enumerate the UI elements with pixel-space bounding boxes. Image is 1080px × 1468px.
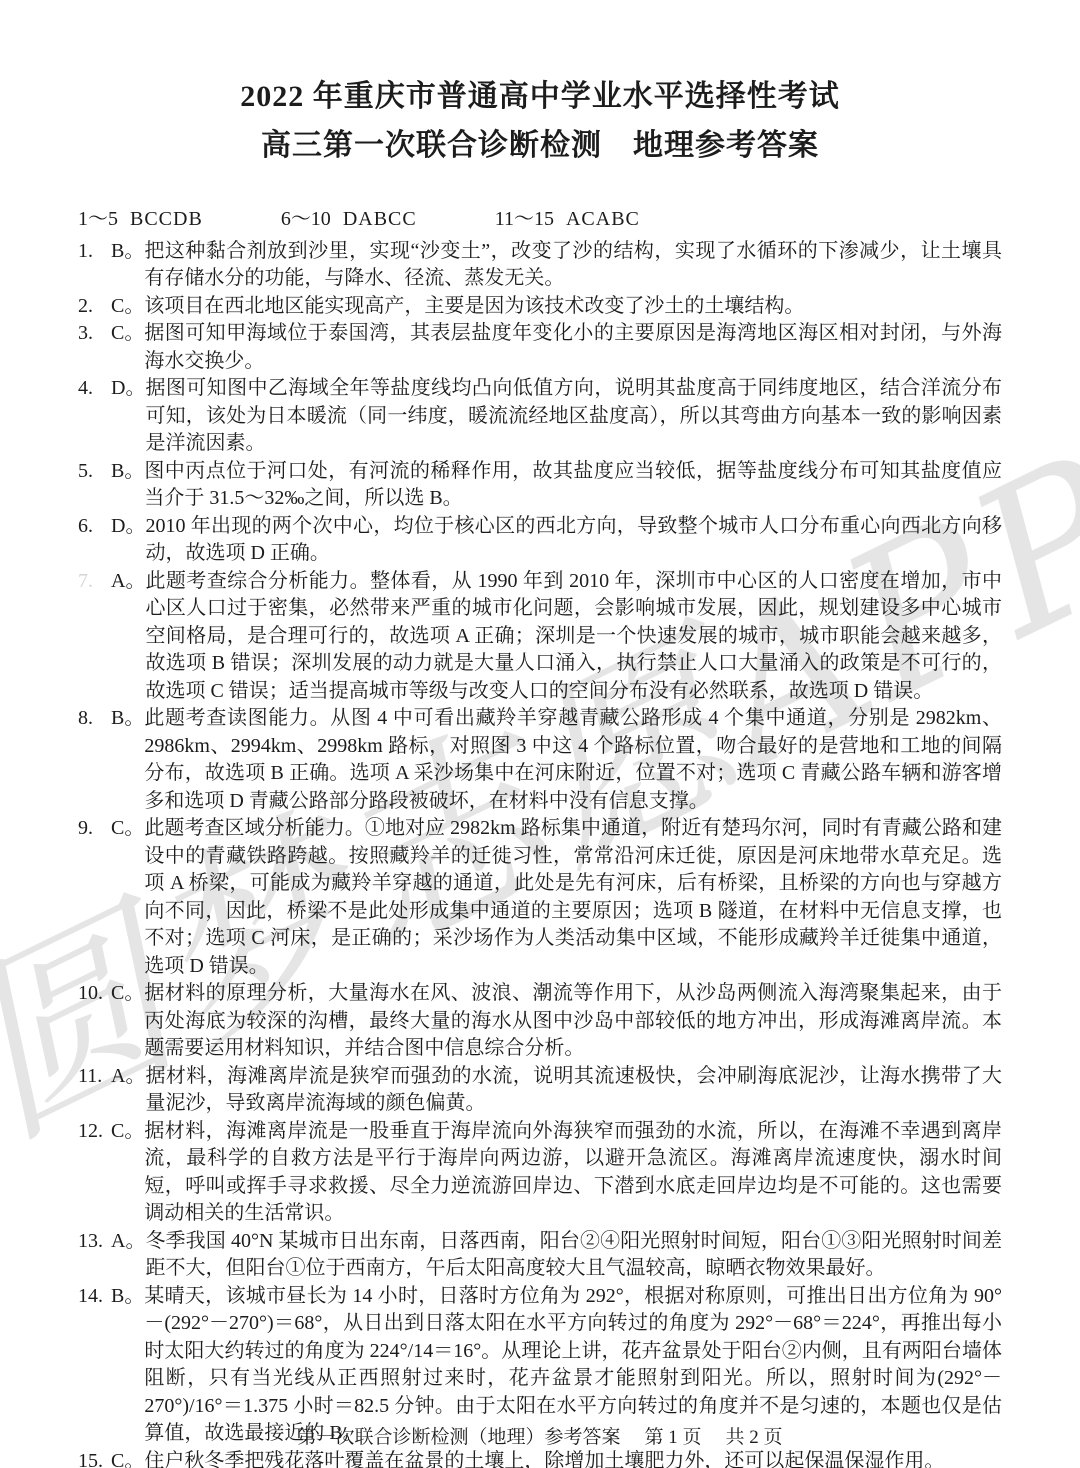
item-answer-letter: B。 bbox=[111, 1283, 144, 1311]
answer-item: 13. A。 冬季我国 40°N 某城市日出东南，日落西南，阳台②④阳光照射时间… bbox=[78, 1228, 1002, 1283]
footer-title: 第一次联合诊断检测（地理）参考答案 bbox=[297, 1427, 620, 1448]
item-number: 11. bbox=[78, 1063, 111, 1091]
item-number: 9. bbox=[78, 815, 111, 843]
answer-item: 5. B。 图中丙点位于河口处，有河流的稀释作用，故其盐度应当较低，据等盐度线分… bbox=[78, 458, 1002, 513]
answer-summary-group: 1～5BCCDB bbox=[78, 206, 203, 234]
answer-summary-group: 11～15ACABC bbox=[495, 206, 640, 234]
answer-item: 1. B。 把这种黏合剂放到沙里，实现“沙变土”，改变了沙的结构，实现了水循环的… bbox=[78, 238, 1002, 293]
item-explanation: 此题考查区域分析能力。①地对应 2982km 路标集中通道，附近有楚玛尔河，同时… bbox=[144, 815, 1002, 980]
page-title: 2022 年重庆市普通高中学业水平选择性考试 bbox=[0, 72, 1080, 121]
answer-item: 15. C。 住户秋冬季把残花落叶覆盖在盆景的土壤上，除增加土壤肥力外，还可以起… bbox=[78, 1448, 1002, 1468]
item-explanation: 据材料，海滩离岸流是一股垂直于海岸流向外海狭窄而强劲的水流，所以，在海滩不幸遇到… bbox=[144, 1118, 1002, 1228]
item-number: 2. bbox=[78, 293, 111, 321]
item-explanation: 冬季我国 40°N 某城市日出东南，日落西南，阳台②④阳光照射时间短，阳台①③阳… bbox=[145, 1228, 1002, 1283]
item-explanation: 2010 年出现的两个次中心，均位于核心区的西北方向，导致整个城市人口分布重心向… bbox=[145, 513, 1002, 568]
item-answer-letter: D。 bbox=[111, 513, 145, 541]
item-number: 10. bbox=[78, 980, 111, 1008]
item-answer-letter: A。 bbox=[111, 568, 145, 596]
question-range: 6～10 bbox=[281, 208, 331, 230]
answer-item: 3. C。 据图可知甲海域位于泰国湾，其表层盐度年变化小的主要原因是海湾地区海区… bbox=[78, 320, 1002, 375]
item-answer-letter: D。 bbox=[111, 375, 145, 403]
item-answer-letter: C。 bbox=[111, 1448, 144, 1468]
item-number: 7. bbox=[78, 568, 111, 596]
item-answer-letter: C。 bbox=[111, 293, 144, 321]
item-explanation: 住户秋冬季把残花落叶覆盖在盆景的土壤上，除增加土壤肥力外，还可以起保温保湿作用。 bbox=[144, 1448, 1002, 1468]
footer-page-number: 第 1 页 bbox=[644, 1427, 701, 1448]
answer-item: 10. C。 据材料的原理分析，大量海水在风、波浪、潮流等作用下，从沙岛两侧流入… bbox=[78, 980, 1002, 1063]
item-number: 13. bbox=[78, 1228, 111, 1256]
item-number: 12. bbox=[78, 1118, 111, 1146]
document-header: 2022 年重庆市普通高中学业水平选择性考试 高三第一次联合诊断检测 地理参考答… bbox=[0, 0, 1080, 170]
item-explanation: 据图可知图中乙海域全年等盐度线均凸向低值方向，说明其盐度高于同纬度地区，结合洋流… bbox=[145, 375, 1002, 458]
item-number: 5. bbox=[78, 458, 111, 486]
answer-list: 1. B。 把这种黏合剂放到沙里，实现“沙变土”，改变了沙的结构，实现了水循环的… bbox=[78, 238, 1002, 1468]
answer-summary-group: 6～10DABCC bbox=[281, 206, 417, 234]
answer-summary: 1～5BCCDB 6～10DABCC 11～15ACABC bbox=[78, 206, 1002, 234]
item-explanation: 该项目在西北地区能实现高产，主要是因为该技术改变了沙土的土壤结构。 bbox=[144, 293, 1002, 321]
answer-item: 11. A。 据材料，海滩离岸流是狭窄而强劲的水流，说明其流速极快，会冲刷海底泥… bbox=[78, 1063, 1002, 1118]
question-range: 1～5 bbox=[78, 208, 118, 230]
item-number: 8. bbox=[78, 705, 111, 733]
item-explanation: 把这种黏合剂放到沙里，实现“沙变土”，改变了沙的结构，实现了水循环的下渗减少，让… bbox=[144, 238, 1002, 293]
item-number: 6. bbox=[78, 513, 111, 541]
item-number: 15. bbox=[78, 1448, 111, 1468]
item-number: 4. bbox=[78, 375, 111, 403]
answer-item: 6. D。 2010 年出现的两个次中心，均位于核心区的西北方向，导致整个城市人… bbox=[78, 513, 1002, 568]
item-explanation: 据材料，海滩离岸流是狭窄而强劲的水流，说明其流速极快，会冲刷海底泥沙，让海水携带… bbox=[145, 1063, 1002, 1118]
answer-item: 8. B。 此题考查读图能力。从图 4 中可看出藏羚羊穿越青藏公路形成 4 个集… bbox=[78, 705, 1002, 815]
item-explanation: 据图可知甲海域位于泰国湾，其表层盐度年变化小的主要原因是海湾地区海区相对封闭，与… bbox=[144, 320, 1002, 375]
item-explanation: 此题考查综合分析能力。整体看，从 1990 年到 2010 年，深圳市中心区的人… bbox=[145, 568, 1002, 706]
item-explanation: 图中丙点位于河口处，有河流的稀释作用，故其盐度应当较低，据等盐度线分布可知其盐度… bbox=[144, 458, 1002, 513]
item-answer-letter: A。 bbox=[111, 1063, 145, 1091]
item-answer-letter: B。 bbox=[111, 238, 144, 266]
answer-letters: ACABC bbox=[566, 208, 640, 230]
item-number: 1. bbox=[78, 238, 111, 266]
answer-item: 4. D。 据图可知图中乙海域全年等盐度线均凸向低值方向，说明其盐度高于同纬度地… bbox=[78, 375, 1002, 458]
footer-page-total: 共 2 页 bbox=[726, 1427, 783, 1448]
item-answer-letter: C。 bbox=[111, 815, 144, 843]
item-answer-letter: B。 bbox=[111, 705, 144, 733]
answer-item: 9. C。 此题考查区域分析能力。①地对应 2982km 路标集中通道，附近有楚… bbox=[78, 815, 1002, 980]
answer-letters: BCCDB bbox=[130, 208, 203, 230]
item-answer-letter: C。 bbox=[111, 980, 144, 1008]
page-subtitle: 高三第一次联合诊断检测 地理参考答案 bbox=[0, 121, 1080, 170]
answer-item: 7. A。 此题考查综合分析能力。整体看，从 1990 年到 2010 年，深圳… bbox=[78, 568, 1002, 706]
question-range: 11～15 bbox=[495, 208, 554, 230]
item-explanation: 此题考查读图能力。从图 4 中可看出藏羚羊穿越青藏公路形成 4 个集中通道，分别… bbox=[144, 705, 1002, 815]
answer-letters: DABCC bbox=[343, 208, 417, 230]
item-answer-letter: A。 bbox=[111, 1228, 145, 1256]
item-number: 14. bbox=[78, 1283, 111, 1311]
page-footer: 第一次联合诊断检测（地理）参考答案第 1 页共 2 页 bbox=[0, 1422, 1080, 1449]
item-explanation: 据材料的原理分析，大量海水在风、波浪、潮流等作用下，从沙岛两侧流入海湾聚集起来，… bbox=[144, 980, 1002, 1063]
document-page: 圆梦志愿APP 2022 年重庆市普通高中学业水平选择性考试 高三第一次联合诊断… bbox=[0, 0, 1080, 1468]
item-answer-letter: C。 bbox=[111, 320, 144, 348]
item-answer-letter: B。 bbox=[111, 458, 144, 486]
item-answer-letter: C。 bbox=[111, 1118, 144, 1146]
answer-item: 12. C。 据材料，海滩离岸流是一股垂直于海岸流向外海狭窄而强劲的水流，所以，… bbox=[78, 1118, 1002, 1228]
item-number: 3. bbox=[78, 320, 111, 348]
answer-item: 2. C。 该项目在西北地区能实现高产，主要是因为该技术改变了沙土的土壤结构。 bbox=[78, 293, 1002, 321]
